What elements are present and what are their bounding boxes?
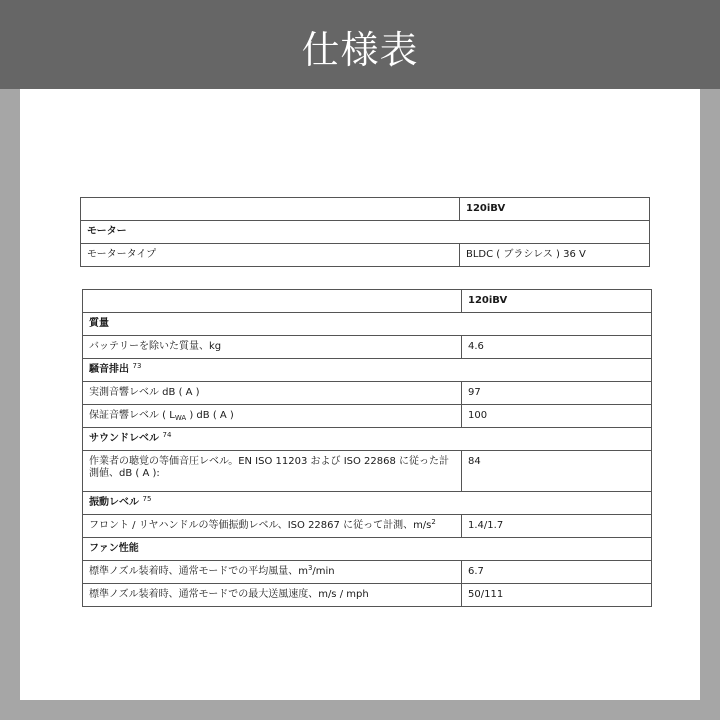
table-row: フロント / リヤハンドルの等価振動レベル、ISO 22867 に従って計測、m… [83,515,652,538]
row-value: 6.7 [462,561,652,584]
section-row: 振動レベル 75 [83,492,652,515]
row-label: 保証音響レベル ( LWA ) dB ( A ) [83,405,462,428]
table-row: バッテリーを除いた質量、kg 4.6 [83,336,652,359]
model-header: 120iBV [460,198,650,221]
row-label: モータータイプ [81,244,460,267]
section-title-motor: モーター [81,221,650,244]
table-row: 標準ノズル装着時、通常モードでの平均風量、m3/min 6.7 [83,561,652,584]
row-value: 97 [462,382,652,405]
row-label: 作業者の聴覚の等価音圧レベル。EN ISO 11203 および ISO 2286… [83,451,462,492]
table-row: 実測音響レベル dB ( A ) 97 [83,382,652,405]
section-title-vibration: 振動レベル 75 [83,492,652,515]
footnote-ref: 75 [142,495,151,503]
spec-panel: 120iBV モーター モータータイプ BLDC ( ブラシレス ) 36 V … [20,89,700,700]
row-value: 100 [462,405,652,428]
row-label: 標準ノズル装着時、通常モードでの最大送風速度、m/s / mph [83,584,462,607]
section-row: サウンドレベル 74 [83,428,652,451]
table-row: 標準ノズル装着時、通常モードでの最大送風速度、m/s / mph 50/111 [83,584,652,607]
row-value: 50/111 [462,584,652,607]
header-empty-cell [81,198,460,221]
section-title-weight: 質量 [83,313,652,336]
table-header-row: 120iBV [83,290,652,313]
page-header: 仕様表 [0,0,720,89]
row-label: バッテリーを除いた質量、kg [83,336,462,359]
row-value: 4.6 [462,336,652,359]
row-label: フロント / リヤハンドルの等価振動レベル、ISO 22867 に従って計測、m… [83,515,462,538]
header-empty-cell [83,290,462,313]
section-row: モーター [81,221,650,244]
section-row: 騒音排出 73 [83,359,652,382]
footnote-ref: 73 [132,362,141,370]
section-title-fan: ファン性能 [83,538,652,561]
table-header-row: 120iBV [81,198,650,221]
row-value: 1.4/1.7 [462,515,652,538]
row-label: 実測音響レベル dB ( A ) [83,382,462,405]
footnote-ref: 74 [162,431,171,439]
section-title-noise: 騒音排出 73 [83,359,652,382]
section-row: ファン性能 [83,538,652,561]
table-row: モータータイプ BLDC ( ブラシレス ) 36 V [81,244,650,267]
table-row: 作業者の聴覚の等価音圧レベル。EN ISO 11203 および ISO 2286… [83,451,652,492]
motor-spec-table: 120iBV モーター モータータイプ BLDC ( ブラシレス ) 36 V [80,197,650,267]
row-value: BLDC ( ブラシレス ) 36 V [460,244,650,267]
table-row: 保証音響レベル ( LWA ) dB ( A ) 100 [83,405,652,428]
section-title-sound: サウンドレベル 74 [83,428,652,451]
row-value: 84 [462,451,652,492]
model-header: 120iBV [462,290,652,313]
page-title: 仕様表 [301,19,418,74]
performance-spec-table: 120iBV 質量 バッテリーを除いた質量、kg 4.6 騒音排出 73 実測音… [82,289,652,607]
row-label: 標準ノズル装着時、通常モードでの平均風量、m3/min [83,561,462,584]
section-row: 質量 [83,313,652,336]
